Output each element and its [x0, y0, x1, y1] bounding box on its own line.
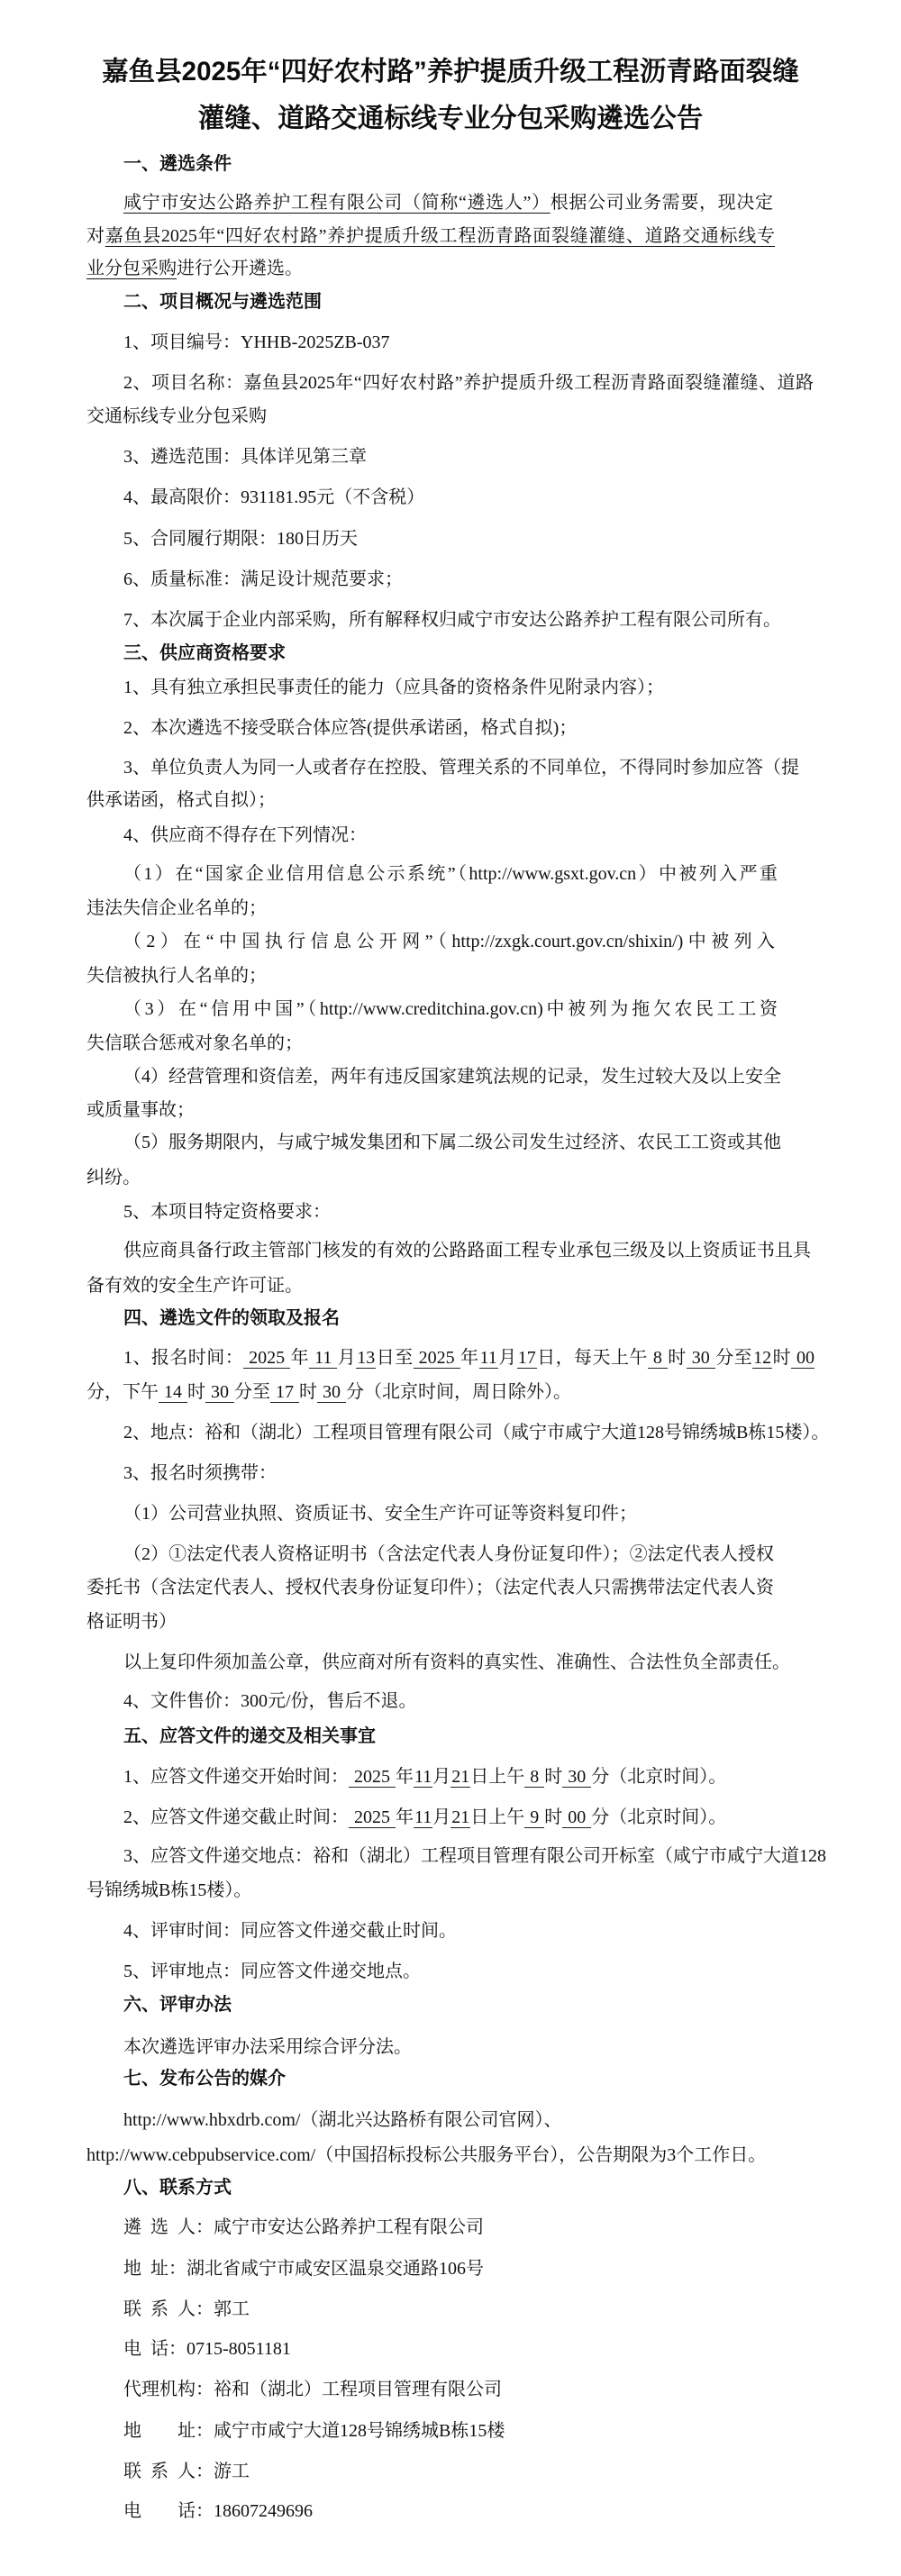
- media-line: http://www.cebpubservice.com/（中国招标投标公共服务…: [86, 2142, 766, 2169]
- start-day: 13: [356, 1348, 376, 1369]
- sub-item: （1）在“国家企业信用信息公示系统”（http://www.gsxt.gov.c…: [123, 860, 778, 887]
- field-value: 0715-8051181: [187, 2339, 291, 2359]
- list-item: 3、报名时须携带：: [123, 1460, 277, 1487]
- list-item-contract-period: 5、合同履行期限：180日历天: [123, 525, 358, 552]
- end-month: 11: [479, 1348, 498, 1369]
- list-item-max-price: 4、最高限价：931181.95元（不含税）: [123, 484, 424, 511]
- list-item: 5、本项目特定资格要求：: [123, 1198, 331, 1225]
- sub-item: （3）在“信用中国”（http://www.creditchina.gov.cn…: [123, 996, 778, 1023]
- text-span: 1、应答文件递交开始时间：: [123, 1767, 349, 1787]
- text-span: 时: [187, 1382, 205, 1402]
- pm-end-hour: 17: [270, 1382, 299, 1403]
- text-span: 日至: [376, 1348, 413, 1368]
- list-item: 2、本次遴选不接受联合体应答(提供承诺函，格式自拟)；: [123, 715, 577, 742]
- field-label: 代理机构：: [123, 2380, 214, 2399]
- field-label: 电 话：: [123, 2501, 214, 2521]
- text-span: 分（北京时间，周日除外）。: [346, 1382, 571, 1402]
- list-item: 4、供应商不得存在下列情况：: [123, 822, 367, 849]
- open-minute: 30: [562, 1767, 591, 1788]
- field-value: 游工: [214, 2462, 250, 2481]
- field-value: 郭工: [214, 2299, 250, 2319]
- pm-start-hour: 14: [159, 1382, 187, 1403]
- section-heading: 八、联系方式: [123, 2174, 232, 2201]
- text-span: 1、报名时间：: [123, 1348, 243, 1368]
- project-name-underlined: 嘉鱼县2025年“四好农村路”养护提质升级工程沥青路面裂缝灌缝、道路交通标线专: [105, 226, 775, 246]
- am-start-hour: 8: [648, 1348, 668, 1369]
- sub-item-cont: 纠纷。: [86, 1164, 141, 1191]
- field-label: 联 系 人：: [123, 2462, 214, 2481]
- contact-row-agency-phone: 电 话：18607249696: [123, 2498, 313, 2525]
- close-month: 11: [414, 1807, 432, 1828]
- sub-item: （5）服务期限内，与咸宁城发集团和下属二级公司发生过经济、农民工工资或其他: [123, 1129, 778, 1156]
- section-heading: 四、遴选文件的领取及报名: [123, 1305, 340, 1332]
- text-span: 年: [460, 1348, 479, 1368]
- paragraph-line: 咸宁市安达公路养护工程有限公司（简称“遴选人”）根据公司业务需要，现决定: [123, 189, 773, 216]
- field-value: 咸宁市咸宁大道128号锦绣城B栋15楼: [214, 2421, 505, 2441]
- field-label: 电 话：: [123, 2339, 187, 2359]
- open-hour: 8: [524, 1767, 544, 1788]
- list-item-quality-standard: 6、质量标准：满足设计规范要求；: [123, 566, 403, 593]
- close-year: 2025: [349, 1807, 396, 1828]
- end-year: 2025: [414, 1348, 460, 1369]
- text-span: 年: [396, 1807, 414, 1827]
- project-name-underlined: 业分包采购: [86, 259, 177, 278]
- text-span: 分至: [715, 1348, 752, 1368]
- list-item-location: 2、地点：裕和（湖北）工程项目管理有限公司（咸宁市咸宁大道128号锦绣城B栋15…: [123, 1419, 829, 1446]
- close-minute: 00: [562, 1807, 591, 1828]
- section-heading: 五、应答文件的递交及相关事宜: [123, 1723, 376, 1750]
- text-span: 时: [299, 1382, 317, 1402]
- media-line: http://www.hbxdrb.com/（湖北兴达路桥有限公司官网）、: [123, 2107, 561, 2134]
- contact-row-agency-org: 代理机构：裕和（湖北）工程项目管理有限公司: [123, 2376, 502, 2403]
- contact-row-selector-contact: 联 系 人：郭工: [123, 2296, 250, 2323]
- list-item: 3、单位负责人为同一人或者存在控股、管理关系的不同单位，不得同时参加应答（提: [123, 754, 778, 781]
- announcement-document: 嘉鱼县2025年“四好农村路”养护提质升级工程沥青路面裂缝 灌缝、道路交通标线专…: [0, 0, 901, 2576]
- text-span: 月: [432, 1807, 450, 1827]
- sub-item: （2）在“中国执行信息公开网”（http://zxgk.court.gov.cn…: [123, 928, 775, 955]
- contact-row-selector-phone: 电 话：0715-8051181: [123, 2335, 291, 2362]
- list-item-close-time: 2、应答文件递交截止时间：2025年11月21日上午9时00分（北京时间）。: [123, 1804, 726, 1831]
- document-title-line-1: 嘉鱼县2025年“四好农村路”养护提质升级工程沥青路面裂缝: [0, 52, 901, 92]
- text-span: 日上午: [470, 1767, 524, 1787]
- list-item-submission-location: 3、应答文件递交地点：裕和（湖北）工程项目管理有限公司开标室（咸宁市咸宁大道12…: [123, 1843, 814, 1870]
- pm-end-minute: 30: [317, 1382, 346, 1403]
- list-item-cont: 供承诺函，格式自拟）；: [86, 787, 276, 814]
- sub-item-cont: 格证明书）: [86, 1608, 177, 1635]
- close-hour: 9: [524, 1807, 544, 1828]
- field-value: 裕和（湖北）工程项目管理有限公司: [214, 2380, 502, 2399]
- text-span: 时: [668, 1348, 687, 1368]
- list-item-price: 4、文件售价：300元/份，售后不退。: [123, 1688, 417, 1715]
- end-day: 17: [517, 1348, 537, 1369]
- list-item-submission-location-cont: 号锦绣城B栋15楼）。: [86, 1877, 251, 1904]
- list-item-project-name-cont: 交通标线专业分包采购: [86, 403, 267, 430]
- text-span: 日，每天上午: [537, 1348, 648, 1368]
- sub-item-cont: 失信被执行人名单的；: [86, 962, 267, 989]
- list-item-interpretation: 7、本次属于企业内部采购，所有解释权归咸宁市安达公路养护工程有限公司所有。: [123, 606, 781, 633]
- list-item-open-time: 1、应答文件递交开始时间：2025年11月21日上午8时30分（北京时间）。: [123, 1763, 726, 1790]
- text-span: 2、应答文件递交截止时间：: [123, 1807, 349, 1827]
- field-label: 地 址：: [123, 2421, 214, 2441]
- text-span: 分（北京时间）。: [591, 1807, 726, 1827]
- text-span: 根据公司业务需要，现决定: [551, 193, 773, 213]
- start-year: 2025: [243, 1348, 290, 1369]
- field-value: 湖北省咸宁市咸安区温泉交通路106号: [187, 2259, 484, 2279]
- text-span: 时: [772, 1348, 791, 1368]
- contact-row-selector-address: 地 址：湖北省咸宁市咸安区温泉交通路106号: [123, 2255, 484, 2282]
- paragraph-line: 以上复印件须加盖公章，供应商对所有资料的真实性、准确性、合法性负全部责任。: [123, 1649, 790, 1676]
- paragraph-line: 对嘉鱼县2025年“四好农村路”养护提质升级工程沥青路面裂缝灌缝、道路交通标线专: [86, 223, 775, 250]
- am-start-minute: 30: [687, 1348, 715, 1369]
- list-item-scope: 3、遴选范围：具体详见第三章: [123, 443, 367, 470]
- open-year: 2025: [349, 1767, 396, 1788]
- text-span: 时: [544, 1767, 562, 1787]
- text-span: 月: [432, 1767, 450, 1787]
- text-span: 日上午: [470, 1807, 524, 1827]
- paragraph-line: 备有效的安全生产许可证。: [86, 1272, 303, 1299]
- document-title-line-2: 灌缝、道路交通标线专业分包采购遴选公告: [0, 99, 901, 139]
- sub-item: （1）公司营业执照、资质证书、安全生产许可证等资料复印件；: [123, 1500, 637, 1527]
- sub-item-cont: 委托书（含法定代表人、授权代表身份证复印件）；（法定代表人只需携带法定代表人资: [86, 1574, 774, 1601]
- sub-item-cont: 或质量事故；: [86, 1097, 195, 1124]
- open-month: 11: [414, 1767, 432, 1788]
- am-end-hour: 12: [752, 1348, 772, 1369]
- field-value: 18607249696: [214, 2501, 313, 2521]
- list-item: 1、具有独立承担民事责任的能力（应具备的资格条件见附录内容）；: [123, 674, 664, 701]
- close-day: 21: [450, 1807, 470, 1828]
- text-span: 分，下午: [86, 1382, 159, 1402]
- open-day: 21: [450, 1767, 470, 1788]
- sub-item-cont: 违法失信企业名单的；: [86, 895, 267, 922]
- section-heading: 三、供应商资格要求: [123, 640, 286, 667]
- contact-row-agency-address: 地 址：咸宁市咸宁大道128号锦绣城B栋15楼: [123, 2417, 505, 2444]
- contact-row-selector-org: 遴 选 人：咸宁市安达公路养护工程有限公司: [123, 2214, 484, 2241]
- registration-time-line: 1、报名时间：2025年11月13日至2025年11月17日，每天上午8时30分…: [123, 1344, 815, 1371]
- sub-item-cont: 失信联合惩戒对象名单的；: [86, 1030, 303, 1057]
- text-span: 分至: [234, 1382, 270, 1402]
- text-span: 年: [396, 1767, 414, 1787]
- field-label: 遴 选 人：: [123, 2217, 214, 2237]
- am-end-minute: 00: [791, 1348, 815, 1369]
- registration-time-line: 分，下午14时30分至17时30分（北京时间，周日除外）。: [86, 1379, 571, 1406]
- section-heading: 一、遴选条件: [123, 150, 232, 177]
- text-span: 月: [337, 1348, 356, 1368]
- field-label: 联 系 人：: [123, 2299, 214, 2319]
- pm-start-minute: 30: [205, 1382, 234, 1403]
- list-item-review-time: 4、评审时间：同应答文件递交截止时间。: [123, 1917, 457, 1944]
- sub-item: （2）①法定代表人资格证明书（含法定代表人身份证复印件）；②法定代表人授权: [123, 1541, 774, 1568]
- start-month: 11: [309, 1348, 337, 1369]
- section-heading: 七、发布公告的媒介: [123, 2065, 286, 2092]
- sub-item: （4）经营管理和资信差，两年有违反国家建筑法规的记录，发生过较大及以上安全: [123, 1063, 778, 1090]
- text-span: 对: [86, 226, 105, 246]
- list-item-project-name: 2、项目名称：嘉鱼县2025年“四好农村路”养护提质升级工程沥青路面裂缝灌缝、道…: [123, 369, 814, 396]
- text-span: 时: [544, 1807, 562, 1827]
- field-value: 咸宁市安达公路养护工程有限公司: [214, 2217, 484, 2237]
- section-heading: 六、评审办法: [123, 1991, 232, 2018]
- text-span: 年: [290, 1348, 309, 1368]
- text-span: 月: [498, 1348, 517, 1368]
- text-span: 分（北京时间）。: [591, 1767, 726, 1787]
- paragraph-line: 供应商具备行政主管部门核发的有效的公路路面工程专业承包三级及以上资质证书且具: [123, 1237, 811, 1264]
- paragraph-line: 本次遴选评审办法采用综合评分法。: [123, 2034, 412, 2061]
- list-item-project-number: 1、项目编号：YHHB-2025ZB-037: [123, 329, 390, 356]
- list-item-review-location: 5、评审地点：同应答文件递交地点。: [123, 1958, 421, 1985]
- field-label: 地 址：: [123, 2259, 187, 2279]
- selector-company-underlined: 咸宁市安达公路养护工程有限公司（简称“遴选人”）: [123, 193, 551, 213]
- contact-row-agency-contact: 联 系 人：游工: [123, 2458, 250, 2485]
- section-heading: 二、项目概况与遴选范围: [123, 288, 322, 315]
- paragraph-line: 业分包采购进行公开遴选。: [86, 255, 303, 282]
- text-span: 进行公开遴选。: [177, 259, 303, 278]
